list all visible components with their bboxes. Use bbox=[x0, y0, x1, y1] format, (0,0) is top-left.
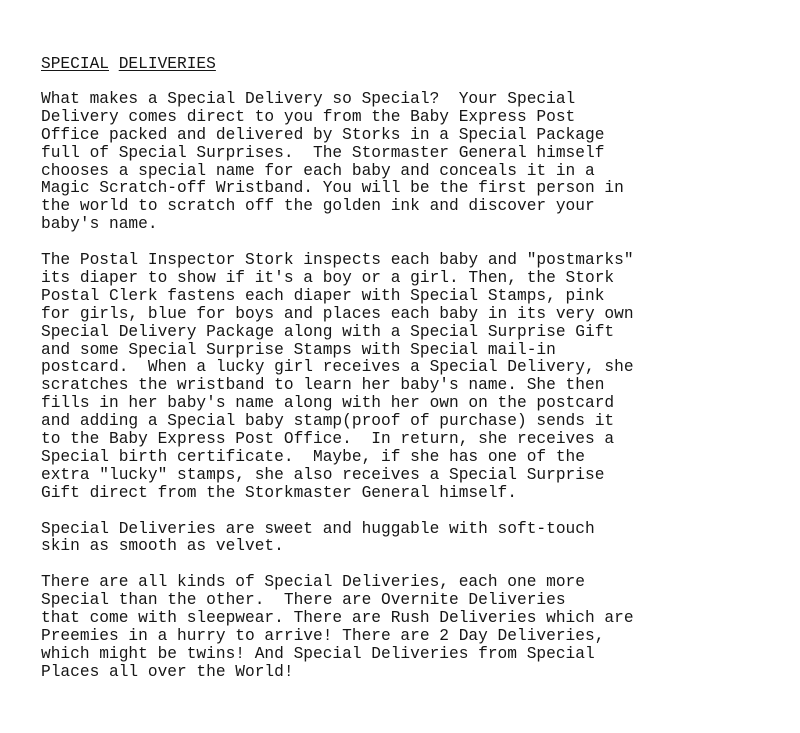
paragraph-line: postcard. When a lucky girl receives a S… bbox=[41, 359, 800, 377]
paragraph-line: There are all kinds of Special Deliverie… bbox=[41, 574, 800, 592]
paragraph-3: Special Deliveries are sweet and huggabl… bbox=[41, 521, 800, 557]
paragraph-line: scratches the wristband to learn her bab… bbox=[41, 377, 800, 395]
paragraph-1: What makes a Special Delivery so Special… bbox=[41, 91, 800, 234]
paragraph-line: Special Deliveries are sweet and huggabl… bbox=[41, 521, 800, 539]
title-word-special: SPECIAL bbox=[41, 55, 109, 73]
paragraph-line: and some Special Surprise Stamps with Sp… bbox=[41, 342, 800, 360]
paragraph-line: to the Baby Express Post Office. In retu… bbox=[41, 431, 800, 449]
paragraph-line: skin as smooth as velvet. bbox=[41, 538, 800, 556]
paragraph-line: Places all over the World! bbox=[41, 664, 800, 682]
paragraph-line: Special birth certificate. Maybe, if she… bbox=[41, 449, 800, 467]
paragraph-line: the world to scratch off the golden ink … bbox=[41, 198, 800, 216]
paragraph-line: Special than the other. There are Overni… bbox=[41, 592, 800, 610]
paragraph-line: Postal Clerk fastens each diaper with Sp… bbox=[41, 288, 800, 306]
title-word-deliveries: DELIVERIES bbox=[119, 55, 216, 73]
paragraph-line: and adding a Special baby stamp(proof of… bbox=[41, 413, 800, 431]
document-body: What makes a Special Delivery so Special… bbox=[41, 91, 800, 682]
paragraph-line: Magic Scratch-off Wristband. You will be… bbox=[41, 180, 800, 198]
paragraph-line: Delivery comes direct to you from the Ba… bbox=[41, 109, 800, 127]
paragraph-4: There are all kinds of Special Deliverie… bbox=[41, 574, 800, 681]
paragraph-line: baby's name. bbox=[41, 216, 800, 234]
paragraph-2: The Postal Inspector Stork inspects each… bbox=[41, 252, 800, 502]
paragraph-line: fills in her baby's name along with her … bbox=[41, 395, 800, 413]
paragraph-line: What makes a Special Delivery so Special… bbox=[41, 91, 800, 109]
paragraph-line: its diaper to show if it's a boy or a gi… bbox=[41, 270, 800, 288]
paragraph-line: The Postal Inspector Stork inspects each… bbox=[41, 252, 800, 270]
paragraph-line: full of Special Surprises. The Stormaste… bbox=[41, 145, 800, 163]
paragraph-line: chooses a special name for each baby and… bbox=[41, 163, 800, 181]
paragraph-line: extra "lucky" stamps, she also receives … bbox=[41, 467, 800, 485]
paragraph-line: Preemies in a hurry to arrive! There are… bbox=[41, 628, 800, 646]
paragraph-line: Office packed and delivered by Storks in… bbox=[41, 127, 800, 145]
document-title: SPECIAL DELIVERIES bbox=[41, 55, 800, 73]
paragraph-line: which might be twins! And Special Delive… bbox=[41, 646, 800, 664]
paragraph-line: for girls, blue for boys and places each… bbox=[41, 306, 800, 324]
paragraph-line: that come with sleepwear. There are Rush… bbox=[41, 610, 800, 628]
document-page: SPECIAL DELIVERIES What makes a Special … bbox=[41, 55, 800, 700]
paragraph-line: Special Delivery Package along with a Sp… bbox=[41, 324, 800, 342]
paragraph-line: Gift direct from the Storkmaster General… bbox=[41, 485, 800, 503]
